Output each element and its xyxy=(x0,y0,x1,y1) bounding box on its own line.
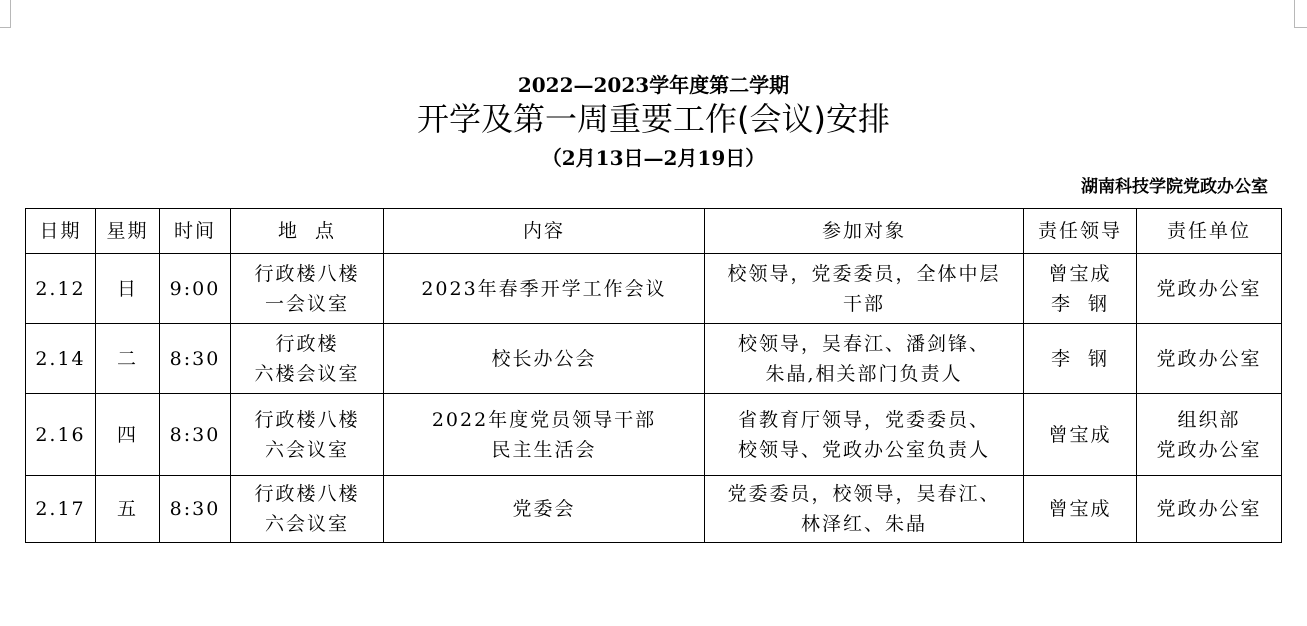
cell-weekday: 五 xyxy=(96,476,160,543)
location-line: 行政楼八楼 xyxy=(235,479,379,509)
leader-line: 曾宝成 xyxy=(1028,494,1132,524)
header-weekday: 星期 xyxy=(96,209,160,254)
schedule-table: 日期 星期 时间 地 点 内容 参加对象 责任领导 责任单位 2.12 日 9:… xyxy=(25,208,1282,543)
cell-attendees: 党委委员，校领导，吴春江、 林泽红、朱晶 xyxy=(705,476,1024,543)
header-location: 地 点 xyxy=(231,209,384,254)
content-line: 2022年度党员领导干部 xyxy=(388,405,700,435)
leader-line: 曾宝成 xyxy=(1028,420,1132,450)
document-title: 开学及第一周重要工作(会议)安排 xyxy=(0,98,1307,140)
header-time: 时间 xyxy=(160,209,231,254)
header-unit: 责任单位 xyxy=(1137,209,1282,254)
location-line: 一会议室 xyxy=(235,289,379,319)
table-row: 2.12 日 9:00 行政楼八楼 一会议室 2023年春季开学工作会议 校领导… xyxy=(26,254,1282,324)
unit-line: 党政办公室 xyxy=(1141,494,1277,524)
cell-leader: 曾宝成 李 钢 xyxy=(1024,254,1137,324)
cell-location: 行政楼 六楼会议室 xyxy=(231,324,384,394)
cell-leader: 曾宝成 xyxy=(1024,394,1137,476)
table-header-row: 日期 星期 时间 地 点 内容 参加对象 责任领导 责任单位 xyxy=(26,209,1282,254)
content-line: 党委会 xyxy=(388,494,700,524)
cell-weekday: 四 xyxy=(96,394,160,476)
attendees-line: 党委委员，校领导，吴春江、 xyxy=(709,479,1019,509)
cell-time: 8:30 xyxy=(160,394,231,476)
table-row: 2.17 五 8:30 行政楼八楼 六会议室 党委会 党委委员，校领导，吴春江、… xyxy=(26,476,1282,543)
location-line: 行政楼八楼 xyxy=(235,405,379,435)
page-corner-mark-top-right xyxy=(1294,0,1307,28)
cell-leader: 李 钢 xyxy=(1024,324,1137,394)
cell-weekday: 二 xyxy=(96,324,160,394)
cell-unit: 党政办公室 xyxy=(1137,476,1282,543)
leader-line: 曾宝成 xyxy=(1028,259,1132,289)
attendees-line: 校领导、党政办公室负责人 xyxy=(709,435,1019,465)
unit-line: 组织部 xyxy=(1141,405,1277,435)
cell-attendees: 校领导，党委委员，全体中层 干部 xyxy=(705,254,1024,324)
location-line: 行政楼 xyxy=(235,329,379,359)
cell-location: 行政楼八楼 一会议室 xyxy=(231,254,384,324)
cell-unit: 组织部 党政办公室 xyxy=(1137,394,1282,476)
cell-location: 行政楼八楼 六会议室 xyxy=(231,394,384,476)
location-line: 六会议室 xyxy=(235,435,379,465)
location-line: 六会议室 xyxy=(235,509,379,539)
header-attendees: 参加对象 xyxy=(705,209,1024,254)
cell-date: 2.17 xyxy=(26,476,96,543)
cell-content: 校长办公会 xyxy=(384,324,705,394)
unit-line: 党政办公室 xyxy=(1141,344,1277,374)
cell-time: 9:00 xyxy=(160,254,231,324)
cell-weekday: 日 xyxy=(96,254,160,324)
table-row: 2.16 四 8:30 行政楼八楼 六会议室 2022年度党员领导干部 民主生活… xyxy=(26,394,1282,476)
attendees-line: 林泽红、朱晶 xyxy=(709,509,1019,539)
cell-attendees: 校领导，吴春江、潘剑锋、 朱晶,相关部门负责人 xyxy=(705,324,1024,394)
issuing-office: 湖南科技学院党政办公室 xyxy=(1081,176,1268,198)
leader-line: 李 钢 xyxy=(1028,289,1132,319)
cell-unit: 党政办公室 xyxy=(1137,324,1282,394)
cell-time: 8:30 xyxy=(160,476,231,543)
cell-content: 2023年春季开学工作会议 xyxy=(384,254,705,324)
unit-line: 党政办公室 xyxy=(1141,435,1277,465)
content-line: 民主生活会 xyxy=(388,435,700,465)
attendees-line: 校领导，党委委员，全体中层 xyxy=(709,259,1019,289)
attendees-line: 朱晶,相关部门负责人 xyxy=(709,359,1019,389)
attendees-line: 省教育厅领导，党委委员、 xyxy=(709,405,1019,435)
cell-content: 党委会 xyxy=(384,476,705,543)
content-line: 2023年春季开学工作会议 xyxy=(388,274,700,304)
document-subtitle-semester: 2022—2023学年度第二学期 xyxy=(0,72,1307,98)
cell-date: 2.16 xyxy=(26,394,96,476)
cell-content: 2022年度党员领导干部 民主生活会 xyxy=(384,394,705,476)
location-line: 行政楼八楼 xyxy=(235,259,379,289)
cell-leader: 曾宝成 xyxy=(1024,476,1137,543)
document-date-range: （2月13日—2月19日） xyxy=(0,145,1307,171)
cell-time: 8:30 xyxy=(160,324,231,394)
cell-unit: 党政办公室 xyxy=(1137,254,1282,324)
page-corner-mark-top-left xyxy=(0,0,11,28)
header-date: 日期 xyxy=(26,209,96,254)
cell-date: 2.14 xyxy=(26,324,96,394)
content-line: 校长办公会 xyxy=(388,344,700,374)
header-leader: 责任领导 xyxy=(1024,209,1137,254)
leader-line: 李 钢 xyxy=(1028,344,1132,374)
header-content: 内容 xyxy=(384,209,705,254)
cell-date: 2.12 xyxy=(26,254,96,324)
cell-attendees: 省教育厅领导，党委委员、 校领导、党政办公室负责人 xyxy=(705,394,1024,476)
table-row: 2.14 二 8:30 行政楼 六楼会议室 校长办公会 校领导，吴春江、潘剑锋、… xyxy=(26,324,1282,394)
unit-line: 党政办公室 xyxy=(1141,274,1277,304)
cell-location: 行政楼八楼 六会议室 xyxy=(231,476,384,543)
attendees-line: 校领导，吴春江、潘剑锋、 xyxy=(709,329,1019,359)
attendees-line: 干部 xyxy=(709,289,1019,319)
location-line: 六楼会议室 xyxy=(235,359,379,389)
